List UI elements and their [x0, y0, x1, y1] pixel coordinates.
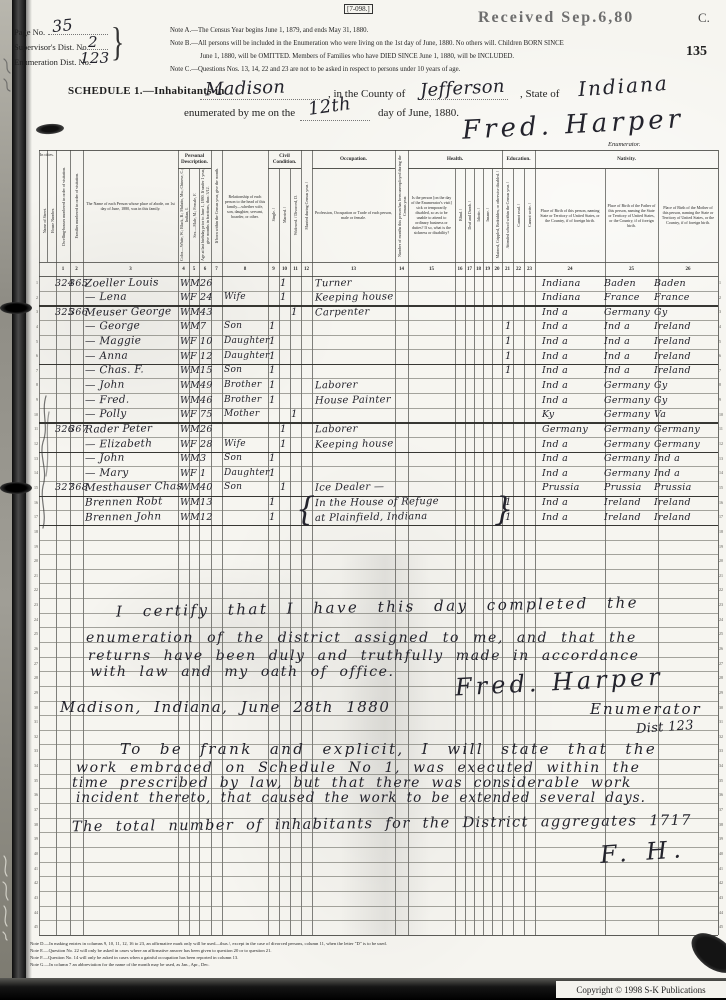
cell-civil-mark: 1 [269, 320, 276, 333]
line-number-left: 27 [31, 661, 38, 666]
bottom-note-f: Note F.—Question No. 14 will only be ask… [30, 955, 238, 960]
cell-name: — John [85, 379, 125, 393]
cell-birthplace-self: Ind a [542, 452, 568, 465]
street-header-1: House Number. [48, 180, 56, 262]
col-header-16: Blind. / [456, 168, 465, 262]
cell-occupation: at Plainfield, Indiana [315, 510, 428, 525]
table-vline [718, 150, 719, 935]
line-number-right: 37 [719, 807, 726, 812]
cell-sex: M [190, 511, 200, 524]
col-header-text: Single. / [271, 208, 276, 221]
col-number-15: 15 [408, 262, 455, 276]
col-header-21: Attended school within the Census year. … [503, 168, 513, 262]
cell-color: W [180, 379, 190, 392]
col-header-23: Cannot write. / [525, 168, 535, 262]
cell-relationship: Son [224, 481, 242, 494]
col-header-text: Cannot read. / [516, 204, 521, 227]
cell-age: 15 [200, 364, 213, 377]
cell-name: Zoeller Louis [85, 276, 159, 290]
col-number-25: 25 [605, 262, 658, 276]
line-number-left: 13 [31, 456, 38, 461]
line-number-left: 32 [31, 734, 38, 739]
cell-birthplace-self: Ky [542, 408, 554, 421]
cell-birthplace-father: Ireland [604, 496, 641, 509]
col-number-7: 7 [211, 262, 222, 276]
cell-age: 26 [200, 423, 213, 436]
cell-occupation: Carpenter [315, 305, 370, 319]
cell-relationship: Brother [224, 379, 261, 392]
col-header-7: If born within the Census year, give the… [212, 150, 222, 262]
line-number-left: 8 [31, 382, 38, 387]
cell-civil-mark: 1 [269, 379, 276, 392]
col-header-text: Idiotic. / [476, 208, 481, 222]
cell-birthplace-father: Ind a [604, 364, 630, 377]
col-header-1: Dwelling-houses numbered in order of vis… [57, 150, 70, 262]
line-number-left: 20 [31, 558, 38, 563]
line-number-right: 29 [719, 690, 726, 695]
line-number-right: 19 [719, 544, 726, 549]
cell-sex: M [190, 481, 200, 494]
col-number-11: 11 [290, 262, 301, 276]
cell-name: Mesthauser Chas [85, 481, 182, 496]
line-number-left: 10 [31, 412, 38, 417]
street-header-text: Name of Street. [42, 208, 47, 233]
cell-civil-mark: 1 [280, 277, 287, 290]
cell-relationship: Son [224, 364, 242, 377]
line-number-right: 4 [719, 324, 726, 329]
col-header-text: Widowed. / Divorced, D. [293, 195, 298, 235]
cell-birthplace-father: Germany [604, 438, 650, 451]
cell-color: W [180, 350, 190, 363]
cell-color: W [180, 320, 190, 333]
line-number-left: 29 [31, 690, 38, 695]
col-header-text: Attended school within the Census year. … [505, 182, 510, 249]
group-header-4: Education. [502, 150, 535, 169]
line-number-left: 25 [31, 631, 38, 636]
line-number-left: 5 [31, 339, 38, 344]
cell-age: 7 [200, 320, 206, 333]
line-number-left: 11 [31, 426, 38, 431]
col-header-4: Color.—White, W.; Black, B.; Mulatto, Mu… [179, 168, 189, 262]
table-hline [39, 935, 718, 936]
col-header-17: Deaf and Dumb. / [466, 168, 474, 262]
cell-birthplace-self: Indiana [542, 291, 581, 304]
cell-relationship: Daughter [224, 350, 270, 363]
cell-relationship: Wife [224, 291, 246, 304]
cell-birthplace-self: Germany [542, 423, 588, 436]
cell-relationship: Wife [224, 438, 246, 451]
line-number-right: 35 [719, 778, 726, 783]
line-number-left: 17 [31, 514, 38, 519]
copyright-strip: Copyright © 1998 S-K Publications [556, 981, 726, 998]
cell-school-mark: 1 [505, 350, 512, 363]
col-header-25: Place of Birth of the Father of this per… [606, 168, 658, 262]
line-number-left: 35 [31, 778, 38, 783]
cell-birthplace-mother: Prussia [654, 481, 692, 494]
cell-sex: M [190, 379, 200, 392]
cell-birthplace-father: Ind a [604, 320, 630, 333]
cell-age: 43 [200, 306, 213, 319]
cell-birthplace-mother: Gy [654, 379, 668, 392]
col-header-14: Number of months this person has been un… [396, 150, 408, 262]
cell-birthplace-self: Indiana [542, 277, 581, 290]
col-number-12: 12 [301, 262, 312, 276]
cell-birthplace-self: Ind a [542, 350, 568, 363]
col-number-10: 10 [279, 262, 290, 276]
cell-birthplace-mother: Ireland [654, 364, 691, 377]
line-number-right: 5 [719, 339, 726, 344]
line-number-left: 42 [31, 880, 38, 885]
line-number-right: 8 [719, 382, 726, 387]
cell-color: W [180, 291, 190, 304]
cell-name: Brennen John [85, 510, 162, 524]
col-header-18: Idiotic. / [475, 168, 483, 262]
line-number-right: 21 [719, 573, 726, 578]
col-number-17: 17 [465, 262, 474, 276]
col-number-19: 19 [483, 262, 492, 276]
line-number-right: 18 [719, 529, 726, 534]
census-schedule-page: [7-098.] Received Sep.6,80 C. 135 Page N… [0, 0, 726, 1000]
cell-birthplace-self: Ind a [542, 335, 568, 348]
line-number-left: 3 [31, 309, 38, 314]
certification-line-3: returns have been duly and truthfully ma… [88, 648, 640, 664]
table-hline [39, 876, 718, 877]
group-header-0: Personal Description. [178, 150, 211, 169]
cell-civil-mark: 1 [291, 408, 298, 421]
table-hline [39, 583, 718, 584]
cell-civil-mark: 1 [280, 481, 287, 494]
line-number-left: 6 [31, 353, 38, 358]
corner-note: In cities. [40, 152, 54, 157]
col-number-14: 14 [395, 262, 408, 276]
statement-line-2: work embraced on Schedule No 1, was exec… [76, 760, 640, 776]
cell-relationship: Brother [224, 394, 261, 407]
table-hline [39, 920, 718, 921]
cell-relationship: Daughter [224, 335, 270, 348]
col-header-9: Single. / [269, 168, 279, 262]
line-number-right: 38 [719, 822, 726, 827]
line-number-left: 12 [31, 441, 38, 446]
line-number-right: 2 [719, 295, 726, 300]
line-number-right: 16 [719, 500, 726, 505]
street-header-0: Name of Street. [40, 180, 48, 262]
cell-occupation: In the House of Refuge [315, 495, 439, 510]
line-number-right: 3 [719, 309, 726, 314]
col-header-text: Place of Birth of this person, naming St… [536, 206, 605, 225]
line-number-left: 2 [31, 295, 38, 300]
cell-occupation: Ice Dealer — [315, 481, 384, 495]
certification-title: Enumerator [590, 700, 702, 718]
cell-birthplace-father: Germany [604, 423, 650, 436]
line-number-left: 33 [31, 748, 38, 753]
cell-name: Brennen Robt [85, 495, 163, 509]
line-number-right: 17 [719, 514, 726, 519]
line-number-right: 45 [719, 924, 726, 929]
col-header-19: Insane. / [484, 168, 492, 262]
cell-birthplace-mother: Ireland [654, 350, 691, 363]
col-header-text: Deaf and Dumb. / [467, 201, 472, 230]
cell-name: — Chas. F. [85, 364, 144, 378]
col-header-text: Sex.—Male, M.; Female, F. [192, 193, 197, 238]
col-header-22: Cannot read. / [514, 168, 524, 262]
col-header-text: Insane. / [485, 208, 490, 222]
cell-sex: F [190, 335, 197, 348]
line-number-right: 41 [719, 866, 726, 871]
col-header-12: Married during Census year. / [302, 150, 312, 262]
col-number-3: 3 [83, 262, 178, 276]
col-header-20: Maimed, Crippled, Bedridden, or otherwis… [493, 168, 502, 262]
line-number-right: 32 [719, 734, 726, 739]
col-number-21: 21 [502, 262, 513, 276]
line-number-right: 25 [719, 631, 726, 636]
line-number-right: 40 [719, 851, 726, 856]
col-header-text: Maimed, Crippled, Bedridden, or otherwis… [495, 171, 500, 258]
cell-birthplace-mother: France [654, 291, 690, 304]
col-header-text: Cannot write. / [527, 203, 532, 227]
cell-birthplace-mother: Ireland [654, 511, 691, 524]
line-number-right: 34 [719, 763, 726, 768]
cell-name: — John [85, 452, 125, 466]
cell-age: 1 [200, 467, 206, 480]
line-number-left: 14 [31, 470, 38, 475]
cell-birthplace-self: Ind a [542, 438, 568, 451]
col-header-text: Number of months this person has been un… [397, 150, 407, 262]
bottom-note-d: Note D.—In making entries in columns 9, … [30, 941, 387, 946]
cell-school-mark: 1 [505, 364, 512, 377]
cell-sex: M [190, 364, 200, 377]
col-number-8: 8 [222, 262, 268, 276]
cell-color: W [180, 452, 190, 465]
line-number-right: 20 [719, 558, 726, 563]
line-number-left: 41 [31, 866, 38, 871]
cell-name: — Lena [85, 291, 127, 305]
col-number-9: 9 [268, 262, 279, 276]
cell-birthplace-mother: Ireland [654, 320, 691, 333]
col-header-text: Is the person [on the day of the Enumera… [409, 193, 455, 237]
col-header-text: Married during Census year. / [304, 182, 309, 230]
cell-sex: F [190, 291, 197, 304]
line-number-right: 39 [719, 836, 726, 841]
cell-birthplace-father: France [604, 291, 640, 304]
line-number-right: 30 [719, 705, 726, 710]
cell-birthplace-self: Ind a [542, 320, 568, 333]
line-number-left: 18 [31, 529, 38, 534]
col-header-text: Profession, Occupation or Trade of each … [313, 208, 395, 222]
cell-civil-mark: 1 [280, 291, 287, 304]
cell-civil-mark: 1 [269, 335, 276, 348]
cell-sex: M [190, 320, 200, 333]
line-number-left: 40 [31, 851, 38, 856]
line-number-right: 1 [719, 280, 726, 285]
line-number-left: 39 [31, 836, 38, 841]
col-number-16: 16 [455, 262, 465, 276]
col-header-26: Place of Birth of the Mother of this per… [659, 168, 718, 262]
line-number-right: 24 [719, 617, 726, 622]
cell-occupation: Laborer [315, 423, 358, 437]
line-number-right: 15 [719, 485, 726, 490]
cell-birthplace-self: Ind a [542, 496, 568, 509]
table-hline [39, 569, 718, 570]
line-number-left: 26 [31, 646, 38, 651]
cell-birthplace-self: Ind a [542, 306, 568, 319]
line-number-left: 7 [31, 368, 38, 373]
cell-birthplace-mother: Va [654, 408, 666, 421]
cell-sex: F [190, 408, 197, 421]
line-number-left: 45 [31, 924, 38, 929]
cell-birthplace-self: Ind a [542, 467, 568, 480]
group-header-3: Health. [408, 150, 502, 169]
cell-civil-mark: 1 [280, 438, 287, 451]
cell-color: W [180, 438, 190, 451]
cell-birthplace-mother: Ireland [654, 335, 691, 348]
refuge-brace-right: } [494, 490, 513, 529]
cell-color: W [180, 467, 190, 480]
cell-birthplace-father: Germany [604, 408, 650, 421]
cell-birthplace-father: Ireland [604, 511, 641, 524]
cell-civil-mark: 1 [280, 423, 287, 436]
line-number-left: 1 [31, 280, 38, 285]
cell-sex: M [190, 452, 200, 465]
line-number-right: 11 [719, 426, 726, 431]
cell-civil-mark: 1 [269, 496, 276, 509]
col-header-11: Widowed. / Divorced, D. [291, 168, 301, 262]
cell-birthplace-father: Germany [604, 452, 650, 465]
cell-birthplace-self: Ind a [542, 394, 568, 407]
col-header-text: Married. / [282, 207, 287, 223]
cell-civil-mark: 1 [269, 350, 276, 363]
cell-age: 12 [200, 350, 213, 363]
cell-age: 3 [200, 452, 206, 465]
cell-age: 28 [200, 438, 213, 451]
col-header-text: Blind. / [458, 209, 463, 221]
cell-birthplace-self: Prussia [542, 481, 580, 494]
cell-relationship: Mother [224, 408, 259, 421]
line-number-right: 27 [719, 661, 726, 666]
line-number-left: 9 [31, 397, 38, 402]
cell-name: — George [85, 320, 140, 334]
certification-place-date: Madison, Indiana, June 28th 1880 [60, 698, 390, 716]
col-number-24: 24 [535, 262, 605, 276]
col-header-5: Sex.—Male, M.; Female, F. [190, 168, 199, 262]
cell-birthplace-mother: Gy [654, 394, 668, 407]
line-number-right: 33 [719, 748, 726, 753]
bottom-note-e: Note E.—Question No. 22 will only be ask… [30, 948, 272, 953]
cell-birthplace-self: Ind a [542, 379, 568, 392]
group-header-5: Nativity. [535, 150, 718, 169]
table-hline [39, 906, 718, 907]
col-number-5: 5 [189, 262, 199, 276]
cell-civil-mark: 1 [269, 511, 276, 524]
cell-birthplace-mother: Ind a [654, 452, 680, 465]
table-hline [39, 891, 718, 892]
line-number-right: 7 [719, 368, 726, 373]
cell-name: — Polly [85, 408, 127, 422]
cell-age: 40 [200, 481, 213, 494]
cell-school-mark: 1 [505, 320, 512, 333]
certification-line-2: enumeration of the district assigned to … [86, 630, 637, 646]
table-hline [39, 627, 718, 628]
col-number-2: 2 [70, 262, 83, 276]
col-header-text: Dwelling-houses numbered in order of vis… [61, 167, 66, 246]
cell-relationship: Daughter [224, 467, 270, 480]
cell-color: W [180, 335, 190, 348]
col-header-3: The Name of each Person whose place of a… [84, 150, 178, 262]
cell-sex: M [190, 423, 200, 436]
table-hline [39, 525, 718, 527]
street-header-text: House Number. [50, 208, 55, 233]
cell-relationship: Son [224, 452, 242, 465]
line-number-right: 42 [719, 880, 726, 885]
cell-name: — Mary [85, 466, 129, 480]
col-number-6: 6 [199, 262, 211, 276]
cell-birthplace-father: Ind a [604, 350, 630, 363]
cell-age: 46 [200, 394, 213, 407]
line-number-right: 43 [719, 895, 726, 900]
line-number-left: 19 [31, 544, 38, 549]
line-number-left: 37 [31, 807, 38, 812]
cell-civil-mark: 1 [269, 364, 276, 377]
col-header-text: If born within the Census year, give the… [214, 168, 219, 243]
line-number-right: 6 [719, 353, 726, 358]
cell-birthplace-father: Germany [604, 306, 650, 319]
line-number-left: 30 [31, 705, 38, 710]
cell-birthplace-self: Ind a [542, 364, 568, 377]
cell-birthplace-mother: Baden [654, 277, 686, 290]
group-header-2: Occupation. [312, 150, 395, 169]
table-hline [39, 730, 718, 731]
col-header-15: Is the person [on the day of the Enumera… [409, 168, 455, 262]
line-number-right: 14 [719, 470, 726, 475]
cell-color: W [180, 408, 190, 421]
col-header-text: Place of Birth of the Father of this per… [606, 201, 658, 230]
line-number-left: 4 [31, 324, 38, 329]
col-header-text: Relationship of each person to the head … [223, 192, 268, 221]
cell-birthplace-mother: Ireland [654, 496, 691, 509]
group-header-1: Civil Condition. [268, 150, 301, 169]
cell-birthplace-father: Germany [604, 379, 650, 392]
cell-birthplace-father: Germany [604, 467, 650, 480]
cell-sex: F [190, 438, 197, 451]
line-number-left: 15 [31, 485, 38, 490]
cell-name: — Elizabeth [85, 437, 152, 451]
line-number-right: 22 [719, 587, 726, 592]
street-column-scrawl [38, 392, 52, 532]
line-number-left: 16 [31, 500, 38, 505]
cell-civil-mark: 1 [269, 467, 276, 480]
cell-birthplace-mother: Germany [654, 423, 700, 436]
cell-birthplace-father: Baden [604, 277, 636, 290]
col-number-18: 18 [474, 262, 483, 276]
cell-birthplace-mother: Germany [654, 438, 700, 451]
line-number-left: 31 [31, 719, 38, 724]
cell-civil-mark: 1 [269, 394, 276, 407]
col-number-26: 26 [658, 262, 718, 276]
cell-age: 75 [200, 408, 213, 421]
line-number-left: 21 [31, 573, 38, 578]
cell-age: 13 [200, 496, 213, 509]
line-number-right: 9 [719, 397, 726, 402]
cell-civil-mark: 1 [291, 306, 298, 319]
cell-birthplace-mother: Ind a [654, 467, 680, 480]
cell-occupation: Laborer [315, 379, 358, 393]
cell-birthplace-father: Germany [604, 394, 650, 407]
col-header-13: Profession, Occupation or Trade of each … [313, 168, 395, 262]
line-number-left: 38 [31, 822, 38, 827]
col-header-text: The Name of each Person whose place of a… [84, 199, 178, 213]
col-header-text: Place of Birth of the Mother of this per… [659, 203, 718, 227]
cell-age: 10 [200, 335, 213, 348]
col-number-1: 1 [56, 262, 70, 276]
